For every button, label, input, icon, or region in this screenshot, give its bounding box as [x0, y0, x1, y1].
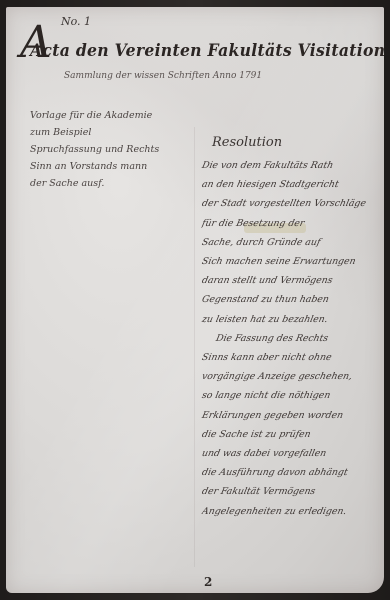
margin-line: der Sache ausf. — [30, 175, 159, 192]
paragraph-1: Die von dem Fakultäts Rath an den hiesig… — [202, 156, 384, 329]
text-line: zu leisten hat zu bezahlen. — [200, 310, 384, 329]
text-line: für die Besetzung der — [200, 214, 384, 233]
margin-line: zum Beispiel — [30, 124, 159, 141]
text-line: der Fakultät Vermögens — [200, 482, 384, 501]
number-mark: No. 1 — [61, 15, 91, 28]
paragraph-2: Die Fassung des Rechts Sinns kann aber n… — [202, 329, 384, 521]
document-subtitle: Sammlung der wissen Schriften Anno 1791 — [64, 71, 262, 81]
text-line: und was dabei vorgefallen — [200, 444, 384, 463]
text-line: Gegenstand zu thun haben — [200, 290, 384, 309]
left-margin-note: Vorlage für die Akademie zum Beispiel Sp… — [30, 107, 159, 192]
text-line: Angelegenheiten zu erledigen. — [200, 502, 384, 521]
text-line: Die Fassung des Rechts — [200, 329, 384, 348]
text-line: die Ausführung davon abhängt — [200, 463, 384, 482]
text-line: vorgängige Anzeige geschehen, — [200, 367, 384, 386]
text-line: Sich machen seine Erwartungen — [200, 252, 384, 271]
text-line: so lange nicht die nöthigen — [200, 386, 384, 405]
text-line: Erklärungen gegeben worden — [200, 406, 384, 425]
margin-line: Vorlage für die Akademie — [30, 107, 159, 124]
resolution-heading: Resolution — [212, 135, 384, 150]
text-line: die Sache ist zu prüfen — [200, 425, 384, 444]
text-line: der Stadt vorgestellten Vorschläge — [200, 194, 384, 213]
document-title: Acta den Vereinten Fakultäts Visitation — [30, 41, 384, 61]
text-line: Sache, durch Gründe auf — [200, 233, 384, 252]
text-line: Die von dem Fakultäts Rath — [200, 156, 384, 175]
photo-frame: A No. 1 Acta den Vereinten Fakultäts Vis… — [0, 0, 390, 600]
text-line: an den hiesigen Stadtgericht — [200, 175, 384, 194]
margin-line: Sinn an Vorstands mann — [30, 158, 159, 175]
page-number: 2 — [204, 575, 212, 589]
resolution-column: Resolution Die von dem Fakultäts Rath an… — [202, 135, 384, 521]
margin-line: Spruchfassung und Rechts — [30, 141, 159, 158]
text-line: Sinns kann aber nicht ohne — [200, 348, 384, 367]
manuscript-page: A No. 1 Acta den Vereinten Fakultäts Vis… — [6, 7, 384, 593]
fold-line — [194, 127, 195, 567]
text-line: daran stellt und Vermögens — [200, 271, 384, 290]
